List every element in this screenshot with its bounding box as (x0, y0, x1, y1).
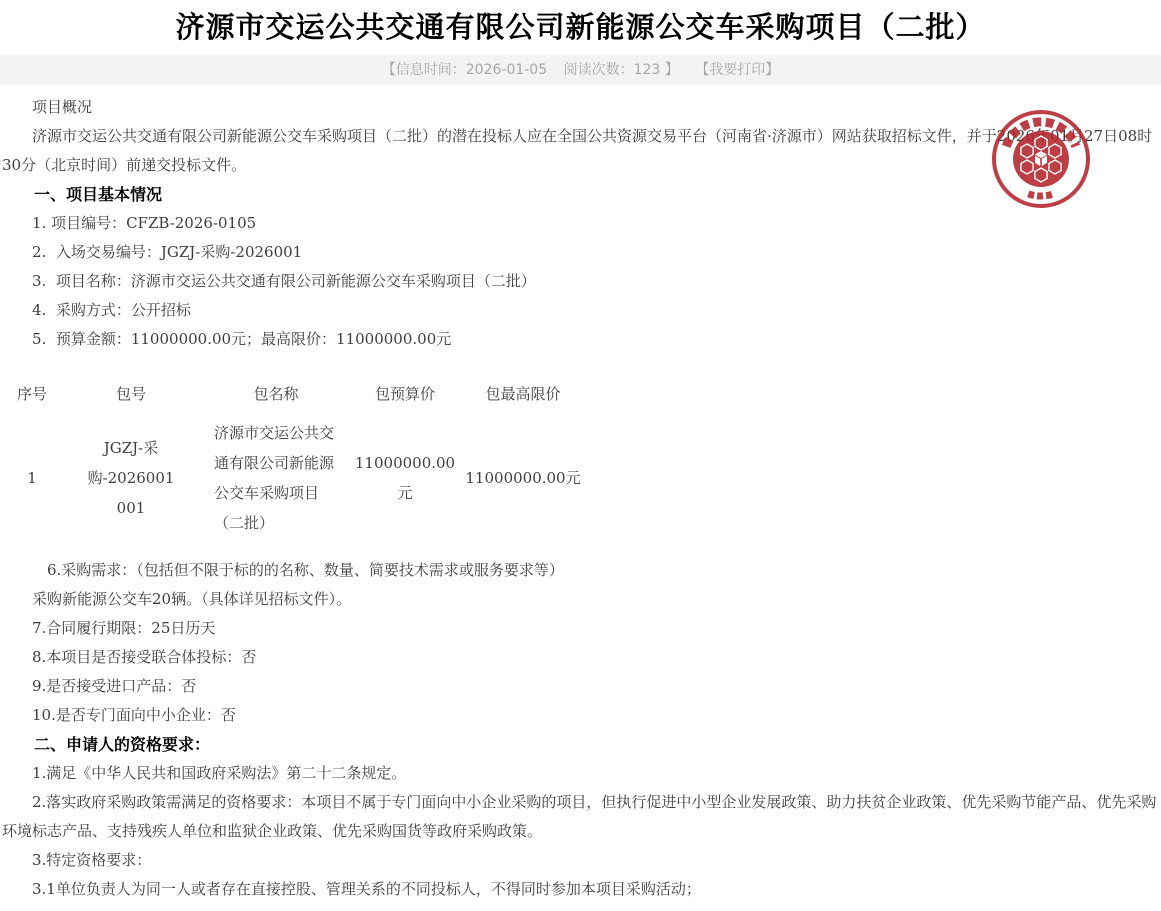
info-time-label: 【信息时间：2026-01-05 (382, 62, 547, 78)
cell-seq: 1 (2, 414, 62, 542)
article-body: 项目概况 济源市交运公共交通有限公司新能源公交车采购项目（二批）的潜在投标人应在… (0, 85, 1161, 904)
cell-budget: 11000000.00元 (352, 414, 458, 542)
col-header-pkg-name: 包名称 (200, 374, 352, 414)
other-item-8: 8.本项目是否接受联合体投标：否 (2, 643, 1159, 672)
pkg-no-line2: 001 (62, 493, 200, 523)
basic-item-5: 5. 预算金额：11000000.00元；最高限价：11000000.00元 (2, 325, 1159, 354)
cell-pkg-no: JGZJ-采购-2026001 001 (62, 414, 200, 542)
pkg-no-line1: JGZJ-采购-2026001 (62, 433, 200, 493)
cell-max-price: 11000000.00元 (458, 414, 588, 542)
intro-paragraph: 济源市交运公共交通有限公司新能源公交车采购项目（二批）的潜在投标人应在全国公共资… (2, 122, 1159, 180)
other-item-9: 9.是否接受进口产品：否 (2, 672, 1159, 701)
read-count-label: 阅读次数：123 】 (564, 62, 679, 78)
col-header-budget: 包预算价 (352, 374, 458, 414)
basic-item-1: 1. 项目编号：CFZB-2026-0105 (2, 209, 1159, 238)
col-header-max-price: 包最高限价 (458, 374, 588, 414)
col-header-pkg-no: 包号 (62, 374, 200, 414)
section1-heading: 一、项目基本情况 (2, 180, 1159, 209)
other-item-7: 7.合同履行期限：25日历天 (2, 614, 1159, 643)
basic-item-3: 3. 项目名称：济源市交运公共交通有限公司新能源公交车采购项目（二批） (2, 267, 1159, 296)
basic-item-4: 4. 采购方式：公开招标 (2, 296, 1159, 325)
print-link[interactable]: 【我要打印】 (695, 62, 779, 78)
section2-heading: 二、申请人的资格要求： (2, 730, 1159, 759)
demand-detail: 采购新能源公交车20辆。（具体详见招标文件）。 (2, 585, 1159, 614)
table-row: 1 JGZJ-采购-2026001 001 济源市交运公共交通有限公司新能源公交… (2, 414, 588, 542)
table-header-row: 序号 包号 包名称 包预算价 包最高限价 (2, 374, 588, 414)
demand-item: 6.采购需求：（包括但不限于标的的名称、数量、简要技术需求或服务要求等） (2, 556, 1159, 585)
qualification-item-1: 1.满足《中华人民共和国政府采购法》第二十二条规定。 (2, 759, 1159, 788)
other-item-10: 10.是否专门面向中小企业：否 (2, 701, 1159, 730)
page-title: 济源市交运公共交通有限公司新能源公交车采购项目（二批） (0, 0, 1161, 46)
info-bar: 【信息时间：2026-01-05 阅读次数：123 】 【我要打印】 (0, 55, 1161, 85)
basic-item-2: 2. 入场交易编号：JGZJ-采购-2026001 (2, 238, 1159, 267)
qualification-item-3: 3.特定资格要求： (2, 846, 1159, 875)
col-header-seq: 序号 (2, 374, 62, 414)
package-table: 序号 包号 包名称 包预算价 包最高限价 1 JGZJ-采购-2026001 0… (2, 374, 588, 542)
qualification-item-3-1: 3.1单位负责人为同一人或者存在直接控股、管理关系的不同投标人，不得同时参加本项… (2, 875, 1159, 904)
overview-heading: 项目概况 (2, 93, 1159, 122)
cell-pkg-name: 济源市交运公共交通有限公司新能源公交车采购项目（二批） (200, 414, 352, 542)
qualification-item-2: 2.落实政府采购政策需满足的资格要求：本项目不属于专门面向中小企业采购的项目，但… (2, 788, 1159, 846)
